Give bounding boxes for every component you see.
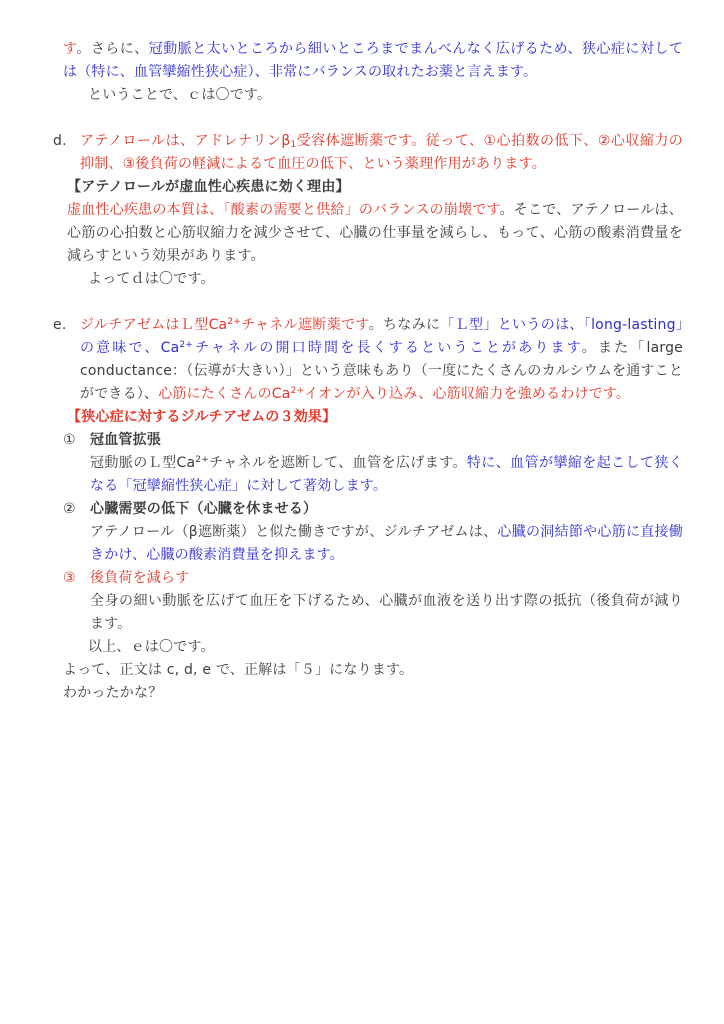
text-segment: 後負荷を減らす [90, 570, 189, 586]
text-segment: 虚血性心疾患の本質は、「酸素の需要と供給」のバランスの崩壊です [67, 202, 500, 218]
text-segment: 冠血管拡張 [90, 432, 161, 448]
document-content: す。さらに、冠動脈と太いところから細いところまでまんべんなく広げるため、狭心症に… [40, 38, 683, 705]
effect-3-afterload: ③後負荷を減らす全身の細い動脈を広げて血圧を下げるため、心臓が血液を送り出す際の… [63, 567, 683, 636]
text-segment: チャネルを遮断して、血管を広げます。 [209, 455, 467, 471]
section-gap [40, 291, 683, 314]
para-c-explanation: す。さらに、冠動脈と太いところから細いところまでまんべんなく広げるため、狭心症に… [63, 38, 683, 84]
text-segment: 2+ [195, 455, 209, 465]
text-segment: す [63, 41, 76, 57]
closing-question: わかったかな？ [63, 682, 683, 705]
section-gap [40, 107, 683, 130]
effect-2-cardiac-demand: ②心臓需要の低下（心臓を休ませる）アテノロール（β遮断薬）と似た働きですが、ジル… [63, 498, 683, 567]
text-segment: 。さらに、 [76, 41, 148, 57]
effect-1-coronary-dilation: ①冠血管拡張冠動脈のＬ型Ca2+チャネルを遮断して、血管を広げます。特に、血管が… [63, 429, 683, 498]
text-segment: わかったかな？ [63, 685, 162, 701]
document-page: す。さらに、冠動脈と太いところから細いところまでまんべんなく広げるため、狭心症に… [0, 0, 724, 1024]
text-segment: 全身の細い動脈を広げて血圧を下げるため、心臓が血液を送り出す際の抵抗（後負荷が減… [90, 593, 683, 632]
text-segment: 心筋にたくさんのCa [158, 386, 290, 402]
text-segment: 2+ [291, 386, 305, 396]
numbered-item-title: 後負荷を減らす [90, 567, 683, 590]
text-segment: 冠動脈のＬ型Ca [90, 455, 195, 471]
text-segment: アテノロールは、アドレナリンβ [80, 133, 291, 149]
answer-c: ということで、ｃは〇です。 [88, 84, 683, 107]
list-letter-label: d. [53, 130, 80, 153]
heading-atenolol-reason: 【アテノロールが虚血性心疾患に効く理由】 [67, 176, 683, 199]
text-segment: 。ちなみに [369, 317, 441, 333]
text-segment: ジルチアゼムはＬ型Ca [80, 317, 227, 333]
numbered-item-body: 冠動脈のＬ型Ca2+チャネルを遮断して、血管を広げます。特に、血管が攣縮を起こし… [90, 452, 683, 498]
numbered-item-content: 心臓需要の低下（心臓を休ませる）アテノロール（β遮断薬）と似た働きですが、ジルチ… [90, 498, 683, 567]
text-segment: ということで、ｃは〇です。 [88, 87, 271, 103]
answer-e: 以上、ｅは〇です。 [88, 636, 683, 659]
circled-number: ② [63, 498, 90, 521]
text-segment: 以上、ｅは〇です。 [88, 639, 215, 655]
list-item-text: ジルチアゼムはＬ型Ca2+チャネル遮断薬です。ちなみに「Ｌ型」というのは、「lo… [80, 314, 683, 406]
list-item-text: アテノロールは、アドレナリンβ1受容体遮断薬です。従って、①心拍数の低下、②心収… [80, 130, 683, 176]
text-segment: よって、正文は c, d, e で、正解は「５」になります。 [63, 662, 413, 678]
numbered-item-title: 冠血管拡張 [90, 429, 683, 452]
circled-number: ③ [63, 567, 90, 590]
text-segment: 2+ [227, 317, 241, 327]
item-d: d.アテノロールは、アドレナリンβ1受容体遮断薬です。従って、①心拍数の低下、②… [40, 130, 683, 176]
text-segment: 【狭心症に対するジルチアゼムの３効果】 [67, 409, 336, 425]
text-segment: 2+ [179, 340, 193, 350]
text-segment: 冠動脈と太いところから細いところまでまんべんなく広げるため、狭心症に対しては（特… [63, 41, 683, 80]
heading-diltiazem-effects: 【狭心症に対するジルチアゼムの３効果】 [67, 406, 683, 429]
text-segment: アテノロール（β遮断薬）と似た働きですが、ジルチアゼムは、 [90, 524, 497, 540]
circled-number: ① [63, 429, 90, 452]
conclusion: よって、正文は c, d, e で、正解は「５」になります。 [63, 659, 683, 682]
list-letter-label: e. [53, 314, 80, 337]
text-segment: チャネル遮断薬です [241, 317, 369, 333]
numbered-item-body: アテノロール（β遮断薬）と似た働きですが、ジルチアゼムは、心臓の洞結節や心筋に直… [90, 521, 683, 567]
text-segment: よってｄは〇です。 [88, 271, 215, 287]
numbered-item-content: 冠血管拡張冠動脈のＬ型Ca2+チャネルを遮断して、血管を広げます。特に、血管が攣… [90, 429, 683, 498]
text-segment: 【アテノロールが虚血性心疾患に効く理由】 [67, 179, 350, 195]
para-ischemia-essence: 虚血性心疾患の本質は、「酸素の需要と供給」のバランスの崩壊です。そこで、アテノロ… [67, 199, 683, 268]
answer-d: よってｄは〇です。 [88, 268, 683, 291]
text-segment: イオンが入り込み、心筋収縮力を強めるわけです。 [304, 386, 630, 402]
numbered-item-content: 後負荷を減らす全身の細い動脈を広げて血圧を下げるため、心臓が血液を送り出す際の抵… [90, 567, 683, 636]
numbered-item-title: 心臓需要の低下（心臓を休ませる） [90, 498, 683, 521]
text-segment: 心臓需要の低下（心臓を休ませる） [90, 501, 317, 517]
numbered-item-body: 全身の細い動脈を広げて血圧を下げるため、心臓が血液を送り出す際の抵抗（後負荷が減… [90, 590, 683, 636]
item-e: e.ジルチアゼムはＬ型Ca2+チャネル遮断薬です。ちなみに「Ｌ型」というのは、「… [40, 314, 683, 406]
text-segment: チャネルの開口時間を長くするということがあります [193, 340, 582, 356]
